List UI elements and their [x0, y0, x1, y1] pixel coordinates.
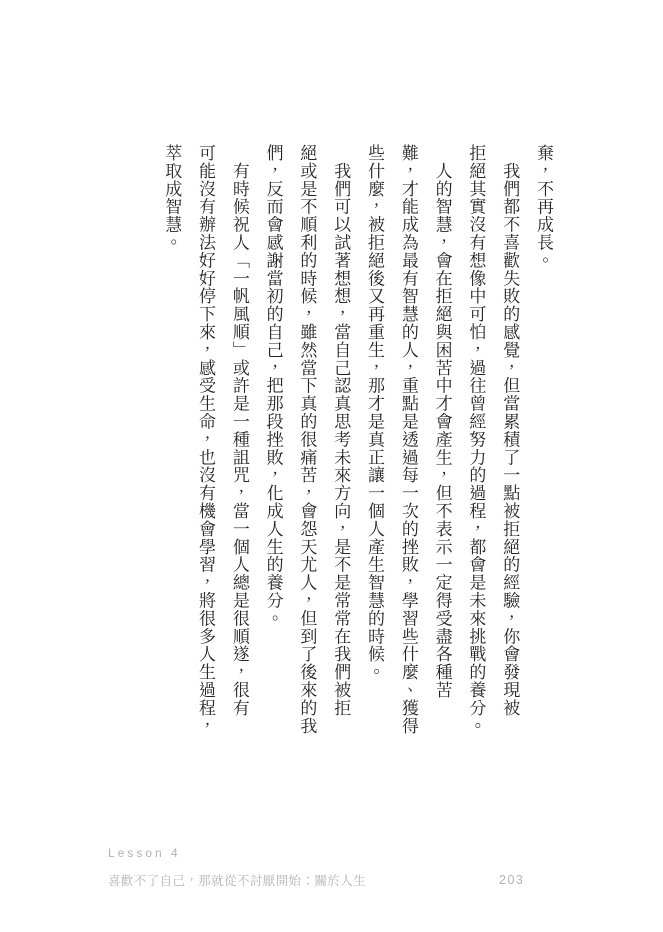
text-column-9: 們，反而會感謝當初的自己，把那段挫敗，化成人生的養分。 [256, 144, 290, 766]
page-number: 203 [499, 873, 524, 887]
body-text-block: 棄，不再成長。 我們都不喜歡失敗的感覺，但當累積了一點被拒絕的經驗，你會發現被 … [154, 144, 560, 766]
text-column-7: 我們可以試著想想，當自己認真思考未來方向，是不是常常在我們被拒 [323, 144, 357, 766]
chapter-title: 喜歡不了自己，那就從不討厭開始：關於人生 [108, 871, 366, 889]
text-column-3: 拒絕其實沒有想像中可怕，過往曾經努力的過程，都會是未來挑戰的養分。 [459, 144, 493, 766]
text-column-2: 我們都不喜歡失敗的感覺，但當累積了一點被拒絕的經驗，你會發現被 [492, 144, 526, 766]
lesson-label: Lesson 4 [108, 846, 181, 860]
text-column-8: 絕或是不順利的時候，雖然當下真的很痛苦，會怨天尤人，但到了後來的我 [290, 144, 324, 766]
text-column-10: 有時候祝人「一帆風順」或許是一種詛咒，當一個人總是很順遂，很有 [222, 144, 256, 766]
text-column-5: 難，才能成為最有智慧的人，重點是透過每一次的挫敗，學習些什麼、獲得 [391, 144, 425, 766]
text-column-6: 些什麼，被拒絕後又再重生，那才是真正讓一個人產生智慧的時候。 [357, 144, 391, 766]
book-page: 棄，不再成長。 我們都不喜歡失敗的感覺，但當累積了一點被拒絕的經驗，你會發現被 … [0, 0, 663, 932]
text-column-1: 棄，不再成長。 [526, 144, 560, 766]
text-column-12: 萃取成智慧。 [154, 144, 188, 766]
text-column-4: 人的智慧，會在拒絕與困苦中才會產生，但不表示一定得受盡各種苦 [425, 144, 459, 766]
text-column-11: 可能沒有辦法好好停下來，感受生命，也沒有機會學習，將很多人生過程， [188, 144, 222, 766]
